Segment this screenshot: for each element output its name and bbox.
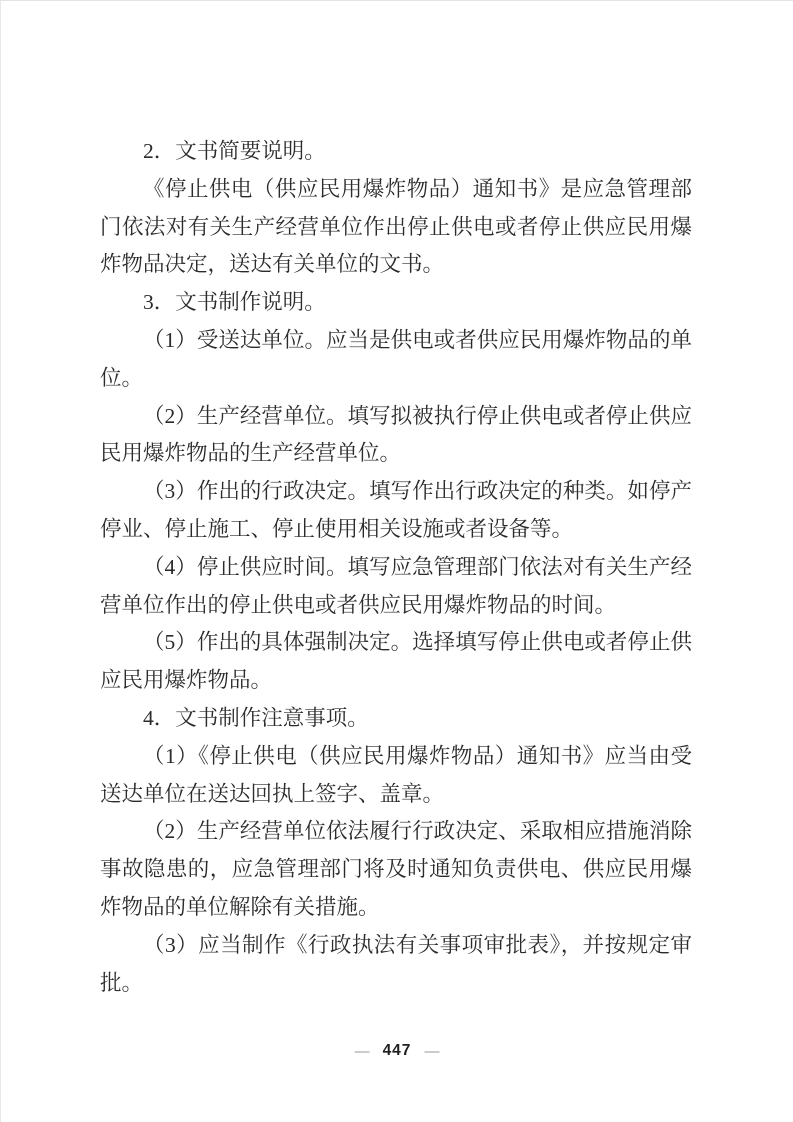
document-page: 2．文书简要说明。 《停止供电（供应民用爆炸物品）通知书》是应急管理部门依法对有…: [0, 0, 793, 1122]
paragraph-item-3-1: （1）受送达单位。应当是供电或者供应民用爆炸物品的单位。: [100, 322, 692, 398]
page-footer: — 447 —: [1, 1039, 793, 1063]
paragraph-item-3-5: （5）作出的具体强制决定。选择填写停止供电或者停止供应民用爆炸物品。: [100, 624, 692, 700]
paragraph-item-4-2: （2）生产经营单位依法履行行政决定、采取相应措施消除事故隐患的，应急管理部门将及…: [100, 813, 692, 926]
footer-right-dash: —: [424, 1044, 439, 1059]
paragraph-item-3-4: （4）停止供应时间。填写应急管理部门依法对有关生产经营单位作出的停止供电或者供应…: [100, 549, 692, 625]
paragraph-item-3-3: （3）作出的行政决定。填写作出行政决定的种类。如停产停业、停止施工、停止使用相关…: [100, 473, 692, 549]
document-body: 2．文书简要说明。 《停止供电（供应民用爆炸物品）通知书》是应急管理部门依法对有…: [100, 133, 692, 1002]
page-number: 447: [383, 1043, 412, 1059]
paragraph-item-4-3: （3）应当制作《行政执法有关事项审批表》，并按规定审批。: [100, 927, 692, 1003]
paragraph-summary: 《停止供电（供应民用爆炸物品）通知书》是应急管理部门依法对有关生产经营单位作出停…: [100, 171, 692, 284]
paragraph-heading-2: 2．文书简要说明。: [100, 133, 692, 171]
paragraph-item-3-2: （2）生产经营单位。填写拟被执行停止供电或者停止供应民用爆炸物品的生产经营单位。: [100, 398, 692, 474]
paragraph-heading-4: 4．文书制作注意事项。: [100, 700, 692, 738]
footer-left-dash: —: [355, 1044, 370, 1059]
paragraph-item-4-1: （1）《停止供电（供应民用爆炸物品）通知书》应当由受送达单位在送达回执上签字、盖…: [100, 738, 692, 814]
paragraph-heading-3: 3．文书制作说明。: [100, 284, 692, 322]
